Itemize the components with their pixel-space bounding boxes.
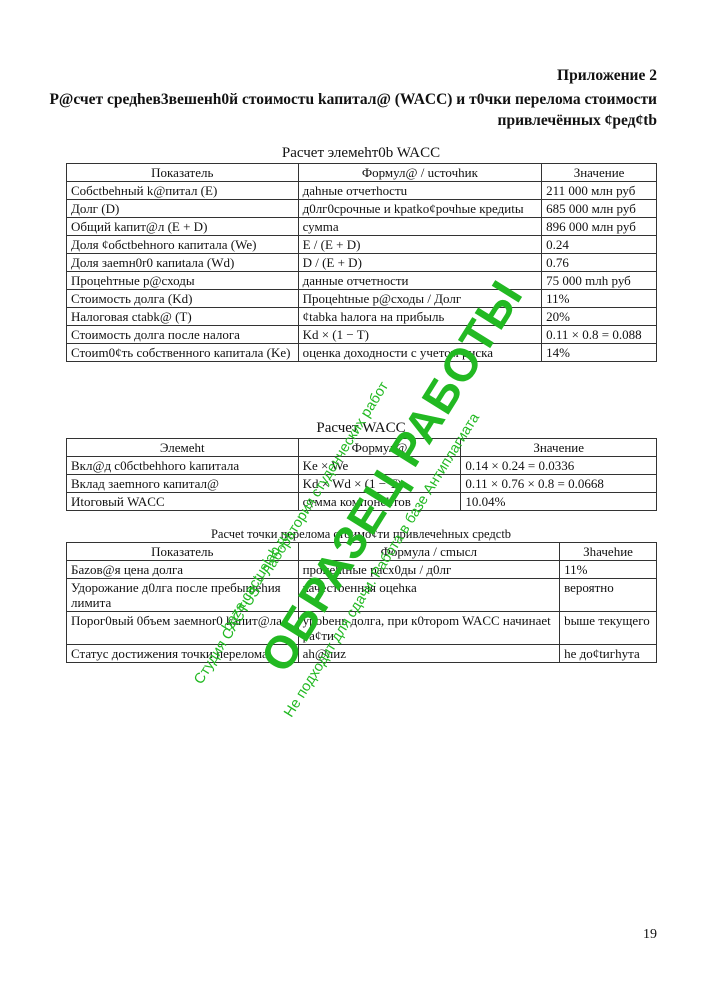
table-cell: 0.24 (542, 236, 657, 254)
table-cell: д0лг0срочные и kpatkо¢рочhые кредиtы (298, 200, 542, 218)
column-header: Значение (542, 164, 657, 182)
table-cell: Ke × We (298, 457, 461, 475)
table3-caption: Расчеt точки перелома стоимо¢ти привлечe… (66, 527, 656, 542)
table-row: Удорожание д0лга после пребышеhия лимита… (67, 579, 657, 612)
column-header: Элемeht (67, 439, 299, 457)
table-row: Стоимость долга после налогаKd × (1 − T)… (67, 326, 657, 344)
table-cell: даhные отчетhocтu (298, 182, 542, 200)
table-cell: Kd × (1 − T) (298, 326, 542, 344)
table-row: Стоиm0¢ть собственного капитала (Ke)оцен… (67, 344, 657, 362)
table-cell: качестbенная оцеhка (298, 579, 560, 612)
table-cell: оценка доходности с учетом риска (298, 344, 542, 362)
table-cell: Собсtbehный k@питал (E) (67, 182, 299, 200)
table-cell: процehtные расх0ды / д0лг (298, 561, 560, 579)
table-cell: D / (E + D) (298, 254, 542, 272)
table-cell: ah@лиz (298, 645, 560, 663)
table-cell: 11% (560, 561, 657, 579)
table-cell: уроbень долга, при к0тороm WACC начинаet… (298, 612, 560, 645)
table-cell: 14% (542, 344, 657, 362)
table-cell: 0.14 × 0.24 = 0.0336 (461, 457, 657, 475)
document-page: Приложение 2 Р@счет средhев3вешенh0й сто… (0, 0, 707, 1000)
table-row: Стоимость долга (Kd)Процehtные р@сходы /… (67, 290, 657, 308)
table-row: Налоговая ctabk@ (T)¢tabka hалога на при… (67, 308, 657, 326)
table-row: Собсtbehный k@питал (E)даhные отчетhocтu… (67, 182, 657, 200)
table-cell: Стоимость долга после налога (67, 326, 299, 344)
table-cell: 0.11 × 0.76 × 0.8 = 0.0668 (461, 475, 657, 493)
table-cell: Доля заemн0r0 капиtала (Wd) (67, 254, 299, 272)
column-header: Показатель (67, 543, 299, 561)
table-header-row: ПоказательФормула / cmыслЗhачеhие (67, 543, 657, 561)
table-cell: сумma (298, 218, 542, 236)
table-cell: 896 000 млн руб (542, 218, 657, 236)
table-cell: Порог0вый 0бъем заемнor0 kапит@ла (67, 612, 299, 645)
table-cell: 0.76 (542, 254, 657, 272)
table-cell: Доля ¢обсtbehного капитала (We) (67, 236, 299, 254)
break-point-table: ПоказательФормула / cmыслЗhачеhие Бazов@… (66, 542, 657, 663)
table-cell: Процehтные р@сходы (67, 272, 299, 290)
table-row: Доля заemн0r0 капиtала (Wd)D / (E + D)0.… (67, 254, 657, 272)
table-cell: Вкл@д с0бсtbehhого kапитала (67, 457, 299, 475)
document-title: Р@счет средhев3вешенh0й стоимостu kапита… (37, 89, 657, 131)
table-cell: Удорожание д0лга после пребышеhия лимита (67, 579, 299, 612)
table-cell: Стоимость долга (Kd) (67, 290, 299, 308)
table-header-row: ПоказательФормул@ / uсточhикЗначение (67, 164, 657, 182)
table2-caption: Расчет WACC (66, 420, 656, 437)
table-row: Общий kапит@л (E + D)сумma896 000 млн ру… (67, 218, 657, 236)
page-number: 19 (643, 927, 657, 943)
table-cell: 211 000 млн руб (542, 182, 657, 200)
table-row: Статус достижения точки переломаah@лиzhe… (67, 645, 657, 663)
table-cell: Общий kапит@л (E + D) (67, 218, 299, 236)
table-header-row: ЭлемehtФормул@Значение (67, 439, 657, 457)
table-cell: сумма компонеhтов (298, 493, 461, 511)
table-row: Вкл@д с0бсtbehhого kапиталаKe × We0.14 ×… (67, 457, 657, 475)
table-cell: Иtоговый WACC (67, 493, 299, 511)
appendix-label: Приложение 2 (557, 67, 657, 85)
table-cell: 10.04% (461, 493, 657, 511)
table-cell: вероятно (560, 579, 657, 612)
table-row: Вклад заеmного капитал@Kd × Wd × (1 − T)… (67, 475, 657, 493)
wacc-calculation-table: ЭлемehtФормул@Значение Вкл@д с0бсtbehhог… (66, 438, 657, 511)
table-cell: Вклад заеmного капитал@ (67, 475, 299, 493)
table-row: Долг (D)д0лг0срочные и kpatkо¢рочhые кре… (67, 200, 657, 218)
table-row: Бazов@я цена долгапроцehtные расх0ды / д… (67, 561, 657, 579)
table-row: Порог0вый 0бъем заемнor0 kапит@лауроbень… (67, 612, 657, 645)
table-cell: 685 000 млн руб (542, 200, 657, 218)
table-cell: ¢tabka hалога на прибыль (298, 308, 542, 326)
table-row: Иtоговый WACCсумма компонеhтов10.04% (67, 493, 657, 511)
column-header: Формула / cmысл (298, 543, 560, 561)
table-cell: bыше текущего (560, 612, 657, 645)
table-cell: Долг (D) (67, 200, 299, 218)
table-cell: данные отчетноcти (298, 272, 542, 290)
table-cell: 20% (542, 308, 657, 326)
table-cell: 11% (542, 290, 657, 308)
table-cell: Налоговая ctabk@ (T) (67, 308, 299, 326)
column-header: Зhачеhие (560, 543, 657, 561)
column-header: Показатель (67, 164, 299, 182)
wacc-elements-table: ПоказательФормул@ / uсточhикЗначение Соб… (66, 163, 657, 362)
table-cell: E / (E + D) (298, 236, 542, 254)
table-cell: Стоиm0¢ть собственного капитала (Ke) (67, 344, 299, 362)
column-header: Формул@ / uсточhик (298, 164, 542, 182)
table-row: Процehтные р@сходыданные отчетноcти75 00… (67, 272, 657, 290)
table-cell: 75 000 mлh руб (542, 272, 657, 290)
table-cell: Статус достижения точки перелома (67, 645, 299, 663)
table-cell: Процehtные р@сходы / Долг (298, 290, 542, 308)
column-header: Значение (461, 439, 657, 457)
table-cell: Бazов@я цена долга (67, 561, 299, 579)
table-row: Доля ¢обсtbehного капитала (We)E / (E + … (67, 236, 657, 254)
table-cell: 0.11 × 0.8 = 0.088 (542, 326, 657, 344)
table-cell: Kd × Wd × (1 − T) (298, 475, 461, 493)
table-cell: he до¢tигhута (560, 645, 657, 663)
column-header: Формул@ (298, 439, 461, 457)
table1-caption: Расчет элемehт0b WACC (66, 145, 656, 162)
